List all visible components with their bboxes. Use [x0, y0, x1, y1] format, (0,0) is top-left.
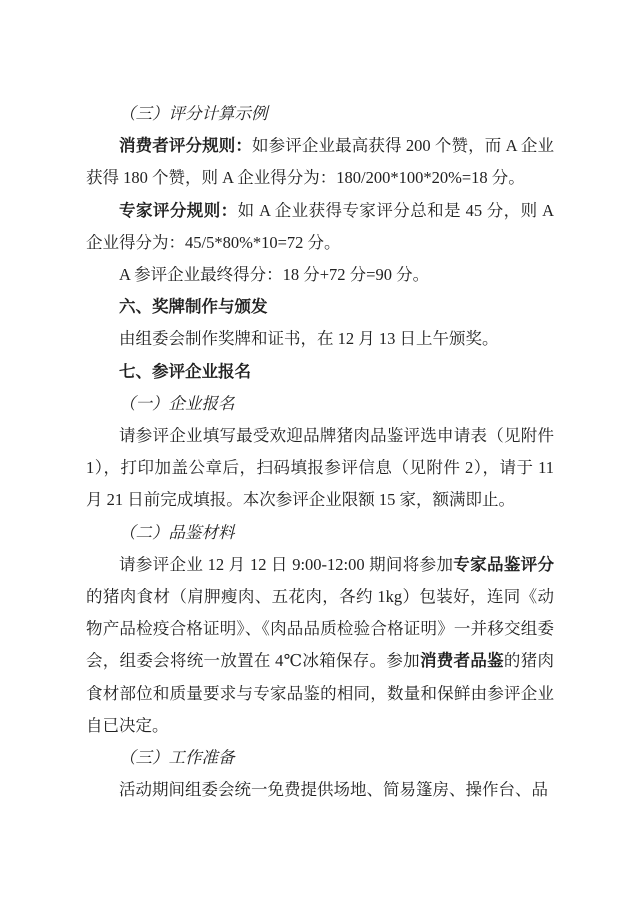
heading-award-production: 六、奖牌制作与颁发 [86, 291, 554, 323]
para-work-preparation: 活动期间组委会统一免费提供场地、简易篷房、操作台、品 [86, 774, 554, 806]
para-tasting-materials-detail: 请参评企业 12 月 12 日 9:00-12:00 期间将参加专家品鉴评分的猪… [86, 549, 554, 742]
bold-text-run: 专家品鉴评分 [453, 556, 554, 574]
text-run: 由组委会制作奖牌和证书，在 12 月 13 日上午颁奖。 [119, 329, 499, 348]
text-run: 请参评企业填写最受欢迎品牌猪肉品鉴评选申请表（见附件 1），打印加盖公章后，扫码… [86, 426, 554, 509]
text-run: 请参评企业 12 月 12 日 9:00-12:00 期间将参加 [119, 555, 453, 574]
bold-text-run: 六、奖牌制作与颁发 [119, 298, 268, 316]
subheading-tasting-materials: （二）品鉴材料 [86, 517, 554, 549]
document-content: （三）评分计算示例消费者评分规则：如参评企业最高获得 200 个赞，而 A 企业… [86, 98, 554, 806]
text-run: （二）品鉴材料 [119, 523, 235, 542]
para-final-score: A 参评企业最终得分：18 分+72 分=90 分。 [86, 259, 554, 291]
para-award-ceremony: 由组委会制作奖牌和证书，在 12 月 13 日上午颁奖。 [86, 323, 554, 355]
para-signup-instructions: 请参评企业填写最受欢迎品牌猪肉品鉴评选申请表（见附件 1），打印加盖公章后，扫码… [86, 420, 554, 517]
para-expert-scoring-rule: 专家评分规则：如 A 企业获得专家评分总和是 45 分，则 A 企业得分为：45… [86, 195, 554, 259]
subheading-enterprise-signup: （一）企业报名 [86, 388, 554, 420]
bold-text-run: 专家评分规则： [119, 202, 238, 220]
heading-enterprise-registration: 七、参评企业报名 [86, 356, 554, 388]
bold-text-run: 消费者评分规则： [119, 137, 252, 155]
text-run: 活动期间组委会统一免费提供场地、简易篷房、操作台、品 [119, 780, 548, 799]
bold-text-run: 消费者品鉴 [420, 652, 504, 670]
text-run: （一）企业报名 [119, 394, 235, 413]
text-run: （三）工作准备 [119, 748, 235, 767]
para-consumer-scoring-rule: 消费者评分规则：如参评企业最高获得 200 个赞，而 A 企业获得 180 个赞… [86, 130, 554, 194]
bold-text-run: 七、参评企业报名 [119, 363, 251, 381]
document-page: （三）评分计算示例消费者评分规则：如参评企业最高获得 200 个赞，而 A 企业… [0, 0, 640, 905]
subheading-scoring-example: （三）评分计算示例 [86, 98, 554, 130]
subheading-work-preparation: （三）工作准备 [86, 742, 554, 774]
text-run: （三）评分计算示例 [119, 104, 268, 123]
text-run: A 参评企业最终得分：18 分+72 分=90 分。 [119, 265, 429, 284]
